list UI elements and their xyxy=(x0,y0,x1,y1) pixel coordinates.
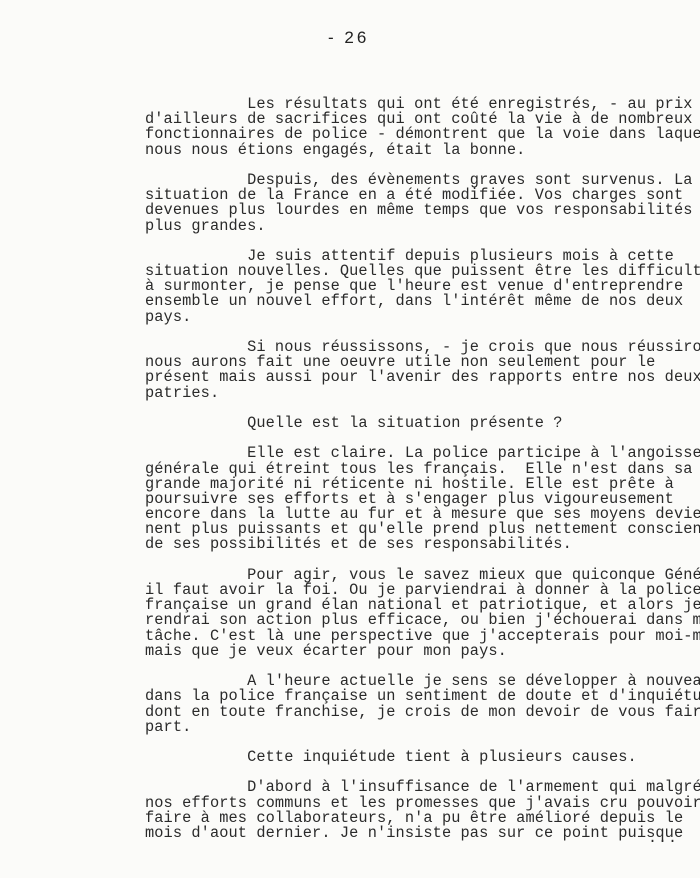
paragraph: Despuis, des évènements graves sont surv… xyxy=(145,173,700,234)
continuation-mark: ... xyxy=(648,830,678,847)
paragraph: Les résultats qui ont été enregistrés, -… xyxy=(145,97,700,158)
text-line: nous nous étions engagés, était la bonne… xyxy=(145,143,700,158)
text-line: dont en toute franchise, je crois de mon… xyxy=(145,705,700,720)
document-body: Les résultats qui ont été enregistrés, -… xyxy=(145,97,700,856)
text-line: pays. xyxy=(145,310,700,325)
text-line: patries. xyxy=(145,386,700,401)
paragraph: Si nous réussissons, - je crois que nous… xyxy=(145,340,700,401)
text-line: présent mais aussi pour l'avenir des rap… xyxy=(145,370,700,385)
page-number: - 26 xyxy=(328,28,369,48)
text-line: part. xyxy=(145,720,700,735)
paragraph: Pour agir, vous le savez mieux que quico… xyxy=(145,568,700,659)
paragraph: Quelle est la situation présente ? xyxy=(145,416,700,431)
text-line: plus grandes. xyxy=(145,219,700,234)
text-line: Quelle est la situation présente ? xyxy=(145,416,700,431)
text-line: ensemble un nouvel effort, dans l'intérê… xyxy=(145,294,700,309)
paragraph: Cette inquiétude tient à plusieurs cause… xyxy=(145,750,700,765)
text-line: Cette inquiétude tient à plusieurs cause… xyxy=(145,750,700,765)
paragraph: D'abord à l'insuffisance de l'armement q… xyxy=(145,780,700,841)
paragraph: Elle est claire. La police participe à l… xyxy=(145,446,700,552)
paragraph: Je suis attentif depuis plusieurs mois à… xyxy=(145,249,700,325)
text-line: mais que je veux écarter pour mon pays. xyxy=(145,644,700,659)
text-line: de ses possibilités et de ses responsabi… xyxy=(145,537,700,552)
paragraph: A l'heure actuelle je sens se développer… xyxy=(145,674,700,735)
text-line: mois d'aout dernier. Je n'insiste pas su… xyxy=(145,826,700,841)
